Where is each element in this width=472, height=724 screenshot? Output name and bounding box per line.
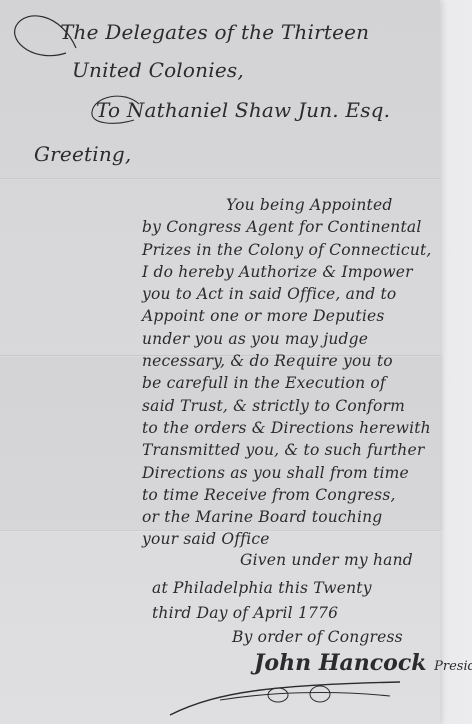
- signature-underline-flourish-icon: [160, 670, 410, 720]
- body-line: Prizes in the Colony of Connecticut,: [142, 239, 432, 261]
- closing-line-4: By order of Congress: [232, 628, 403, 646]
- signature-name: John Hancock: [254, 650, 426, 676]
- closing-line-1: Given under my hand: [240, 551, 413, 569]
- closing-line-2: at Philadelphia this Twenty: [152, 579, 372, 597]
- body-line: to time Receive from Congress,: [142, 484, 432, 506]
- body-line: be carefull in the Execution of: [142, 372, 432, 394]
- body-line: by Congress Agent for Continental: [142, 216, 432, 238]
- body-line: Appoint one or more Deputies: [142, 305, 432, 327]
- addressee-line: To Nathaniel Shaw Jun. Esq.: [96, 98, 390, 122]
- heading-line-1: The Delegates of the Thirteen: [60, 20, 369, 44]
- signature-title: Presid.: [434, 659, 472, 674]
- body-line: to the orders & Directions herewith: [142, 417, 432, 439]
- body-line: under you as you may judge: [142, 328, 432, 350]
- heading-line-2: United Colonies,: [72, 58, 244, 82]
- body-line: necessary, & do Require you to: [142, 350, 432, 372]
- body-line: You being Appointed: [142, 194, 432, 216]
- body-line: or the Marine Board touching: [142, 506, 432, 528]
- letter-body: You being Appointed by Congress Agent fo…: [142, 194, 432, 551]
- body-line: Transmitted you, & to such further: [142, 439, 432, 461]
- letter-paper: The Delegates of the Thirteen United Col…: [0, 0, 440, 724]
- fold-line: [0, 178, 440, 180]
- salutation: Greeting,: [34, 142, 131, 166]
- body-line: Directions as you shall from time: [142, 462, 432, 484]
- closing-line-3: third Day of April 1776: [152, 604, 338, 622]
- body-line: your said Office: [142, 528, 432, 550]
- signature: John Hancock Presid.: [254, 650, 472, 676]
- body-line: you to Act in said Office, and to: [142, 283, 432, 305]
- body-line: said Trust, & strictly to Conform: [142, 395, 432, 417]
- body-line: I do hereby Authorize & Impower: [142, 261, 432, 283]
